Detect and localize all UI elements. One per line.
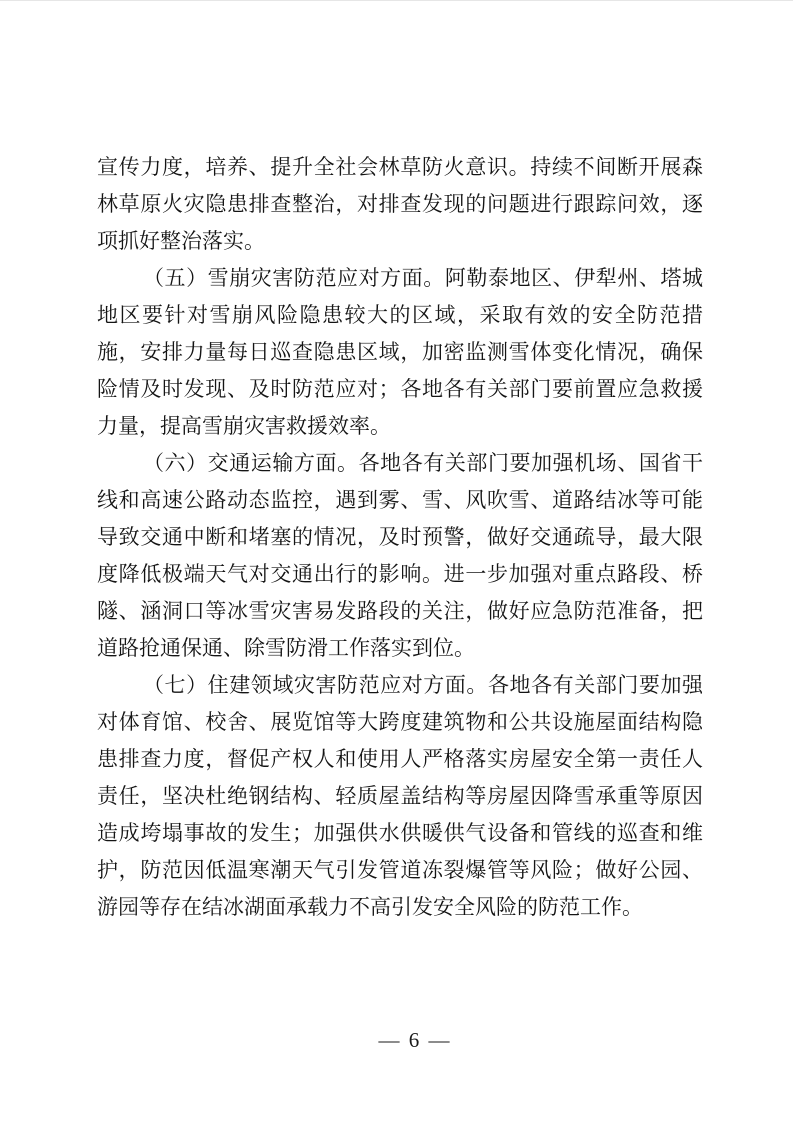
text-line: （六）交通运输方面。各地各有关部门要加强机场、国省干: [97, 445, 703, 482]
text-line: 护，防范因低温寒潮天气引发管道冻裂爆管等风险；做好公园、: [97, 852, 703, 889]
document-page: 宣传力度，培养、提升全社会林草防火意识。持续不间断开展森林草原火灾隐患排查整治，…: [0, 0, 793, 1123]
text-line: （五）雪崩灾害防范应对方面。阿勒泰地区、伊犁州、塔城: [97, 260, 703, 297]
text-line: 项抓好整治落实。: [97, 223, 703, 260]
text-line: 宣传力度，培养、提升全社会林草防火意识。持续不间断开展森: [97, 149, 703, 186]
text-line: 度降低极端天气对交通出行的影响。进一步加强对重点路段、桥: [97, 556, 703, 593]
text-line: 力量，提高雪崩灾害救援效率。: [97, 408, 703, 445]
page-number: — 6 —: [379, 1025, 452, 1055]
paragraph-continuation: 宣传力度，培养、提升全社会林草防火意识。持续不间断开展森林草原火灾隐患排查整治，…: [97, 149, 703, 260]
text-line: 导致交通中断和堵塞的情况，及时预警，做好交通疏导，最大限: [97, 519, 703, 556]
paragraph-item-5-avalanche: （五）雪崩灾害防范应对方面。阿勒泰地区、伊犁州、塔城地区要针对雪崩风险隐患较大的…: [97, 260, 703, 445]
text-line: 线和高速公路动态监控，遇到雾、雪、风吹雪、道路结冰等可能: [97, 482, 703, 519]
text-line: 对体育馆、校舍、展览馆等大跨度建筑物和公共设施屋面结构隐: [97, 704, 703, 741]
text-line: 险情及时发现、及时防范应对；各地各有关部门要前置应急救援: [97, 371, 703, 408]
document-body: 宣传力度，培养、提升全社会林草防火意识。持续不间断开展森林草原火灾隐患排查整治，…: [97, 149, 703, 926]
paragraph-item-6-transport: （六）交通运输方面。各地各有关部门要加强机场、国省干线和高速公路动态监控，遇到雾…: [97, 445, 703, 667]
text-line: 隧、涵洞口等冰雪灾害易发路段的关注，做好应急防范准备，把: [97, 593, 703, 630]
paragraph-item-7-housing-construction: （七）住建领域灾害防范应对方面。各地各有关部门要加强对体育馆、校舍、展览馆等大跨…: [97, 667, 703, 926]
text-line: （七）住建领域灾害防范应对方面。各地各有关部门要加强: [97, 667, 703, 704]
text-line: 责任，坚决杜绝钢结构、轻质屋盖结构等房屋因降雪承重等原因: [97, 778, 703, 815]
text-line: 林草原火灾隐患排查整治，对排查发现的问题进行跟踪问效，逐: [97, 186, 703, 223]
text-line: 造成垮塌事故的发生；加强供水供暖供气设备和管线的巡查和维: [97, 815, 703, 852]
text-line: 患排查力度，督促产权人和使用人严格落实房屋安全第一责任人: [97, 741, 703, 778]
text-line: 游园等存在结冰湖面承载力不高引发安全风险的防范工作。: [97, 889, 703, 926]
text-line: 道路抢通保通、除雪防滑工作落实到位。: [97, 630, 703, 667]
text-line: 地区要针对雪崩风险隐患较大的区域，采取有效的安全防范措: [97, 297, 703, 334]
text-line: 施，安排力量每日巡查隐患区域，加密监测雪体变化情况，确保: [97, 334, 703, 371]
